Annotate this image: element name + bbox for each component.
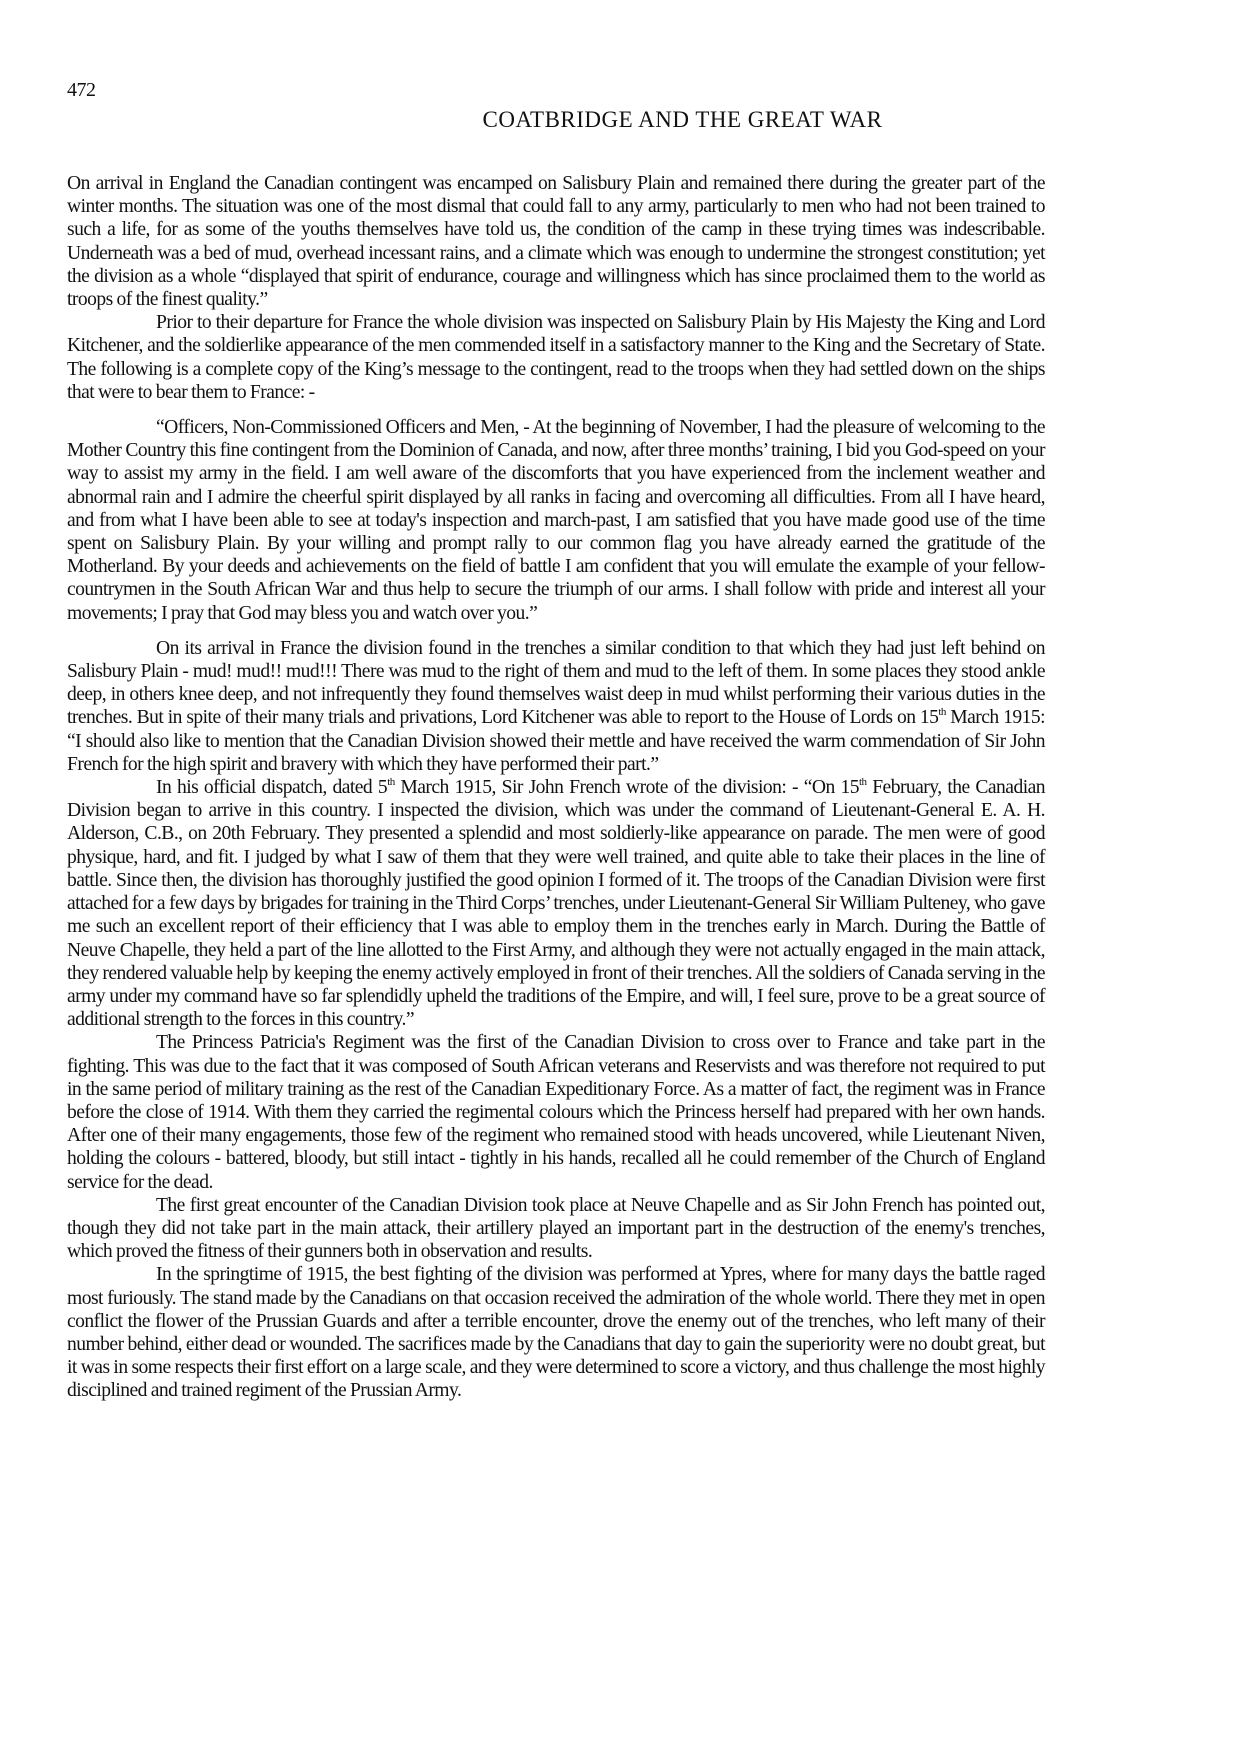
paragraph-neuve-chapelle: The first great encounter of the Canadia… [67, 1194, 1045, 1264]
paragraph-inspection: Prior to their departure for France the … [67, 311, 1045, 404]
ordinal-superscript: th [938, 706, 945, 718]
document-page: 472 COATBRIDGE AND THE GREAT WAR On arri… [0, 0, 1240, 1754]
paragraph-ypres: In the springtime of 1915, the best figh… [67, 1263, 1045, 1402]
paragraph-arrival-england: On arrival in England the Canadian conti… [67, 172, 1045, 311]
paragraph-french-dispatch: In his official dispatch, dated 5th Marc… [67, 776, 1045, 1031]
page-number: 472 [67, 78, 96, 102]
paragraph-kings-message: “Officers, Non-Commissioned Officers and… [67, 416, 1045, 625]
paragraph-arrival-france: On its arrival in France the division fo… [67, 637, 1045, 776]
ordinal-superscript: th [387, 776, 394, 788]
body-text: On arrival in England the Canadian conti… [67, 172, 1045, 1403]
running-title: COATBRIDGE AND THE GREAT WAR [0, 106, 1240, 134]
paragraph-princess-patricia: The Princess Patricia's Regiment was the… [67, 1031, 1045, 1193]
